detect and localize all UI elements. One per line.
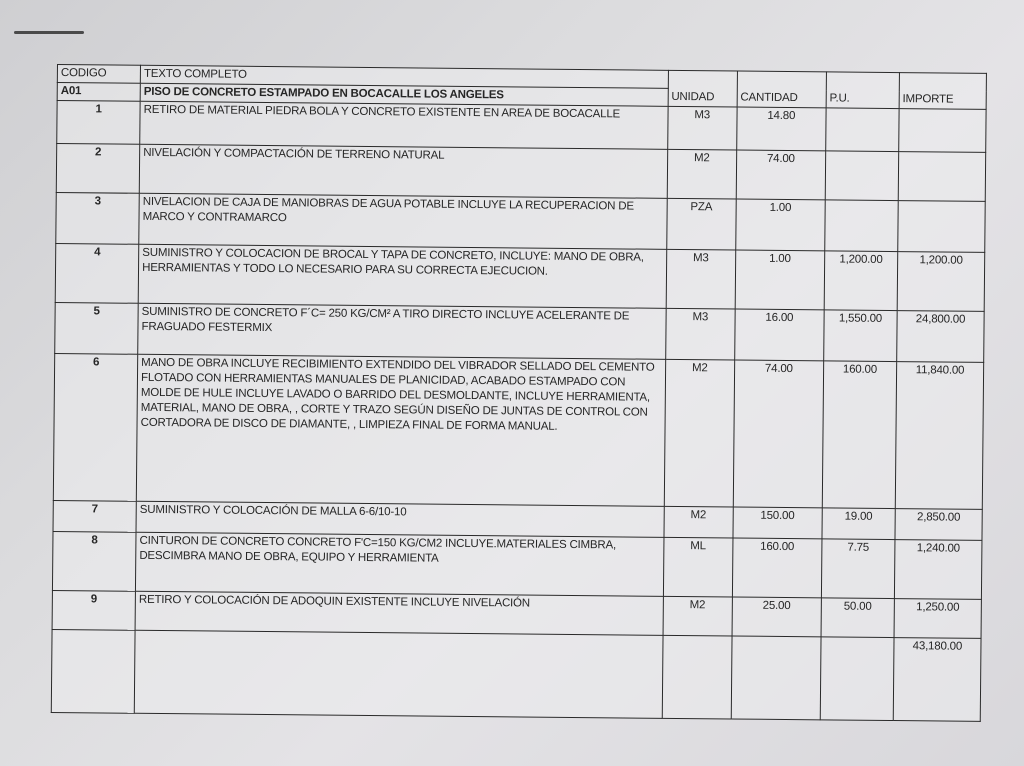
item-quantity: 16.00 — [734, 309, 824, 361]
item-amount: 1,240.00 — [894, 540, 982, 600]
item-amount — [898, 152, 986, 202]
total-empty-cell — [820, 637, 894, 721]
table-row: 4 SUMINISTRO Y COLOCACION DE BROCAL Y TA… — [55, 243, 985, 311]
total-empty-cell — [51, 629, 135, 713]
item-quantity: 74.00 — [736, 150, 826, 200]
item-amount: 24,800.00 — [897, 311, 985, 363]
item-quantity: 25.00 — [732, 597, 821, 637]
item-unit: PZA — [666, 198, 736, 250]
item-unit-price — [825, 200, 899, 252]
item-code: 9 — [52, 590, 135, 630]
header-unidad: UNIDAD — [668, 70, 737, 107]
item-unit: M2 — [663, 596, 732, 636]
item-amount — [898, 201, 986, 253]
item-quantity: 1.00 — [735, 250, 825, 310]
pen-mark — [14, 31, 84, 34]
item-description: MANO DE OBRA INCLUYE RECIBIMIENTO EXTEND… — [136, 354, 665, 506]
table-row: 8 CINTURON DE CONCRETO CONCRETO F'C=150 … — [52, 531, 982, 599]
header-cantidad: CANTIDAD — [737, 71, 826, 108]
item-unit: M3 — [667, 106, 736, 150]
item-description: RETIRO Y COLOCACIÓN DE ADOQUIN EXISTENTE… — [135, 591, 663, 635]
item-description: NIVELACION DE CAJA DE MANIOBRAS DE AGUA … — [139, 193, 667, 249]
item-unit-price: 160.00 — [822, 361, 896, 509]
item-code: 8 — [52, 531, 136, 591]
item-code: 2 — [56, 144, 140, 194]
budget-table: CODIGO TEXTO COMPLETO UNIDAD CANTIDAD P.… — [51, 64, 987, 722]
item-unit: M3 — [665, 308, 735, 360]
item-unit-price: 1,200.00 — [824, 251, 898, 311]
item-quantity: 150.00 — [733, 507, 822, 539]
item-quantity: 160.00 — [732, 538, 822, 598]
item-quantity: 1.00 — [735, 199, 825, 251]
item-unit-price: 19.00 — [822, 508, 895, 540]
item-description: SUMINISTRO DE CONCRETO F´C= 250 KG/CM² A… — [138, 303, 666, 359]
item-unit-price — [825, 108, 898, 152]
item-unit: M3 — [666, 249, 736, 309]
item-description: NIVELACIÓN Y COMPACTACIÓN DE TERRENO NAT… — [139, 144, 667, 198]
item-code: 1 — [57, 101, 140, 145]
item-amount — [899, 109, 987, 153]
item-amount: 2,850.00 — [895, 509, 982, 541]
item-unit: M2 — [664, 359, 734, 507]
item-amount: 1,200.00 — [897, 252, 985, 312]
item-description: RETIRO DE MATERIAL PIEDRA BOLA Y CONCRET… — [140, 101, 668, 149]
item-code: 7 — [53, 500, 136, 532]
item-unit-price: 50.00 — [821, 598, 894, 638]
total-empty-cell — [731, 636, 821, 720]
item-quantity: 14.80 — [736, 107, 826, 151]
item-description: CINTURON DE CONCRETO CONCRETO F'C=150 KG… — [136, 532, 664, 596]
table-row: 6 MANO DE OBRA INCLUYE RECIBIMIENTO EXTE… — [53, 353, 983, 509]
item-description: SUMINISTRO Y COLOCACION DE BROCAL Y TAPA… — [138, 244, 666, 308]
section-code: A01 — [57, 83, 140, 102]
item-code: 6 — [53, 353, 137, 501]
item-quantity: 74.00 — [733, 360, 824, 508]
item-code: 4 — [55, 243, 139, 303]
header-importe: IMPORTE — [899, 73, 986, 110]
table-row: 2 NIVELACIÓN Y COMPACTACIÓN DE TERRENO N… — [56, 144, 985, 202]
item-unit-price — [825, 151, 899, 201]
item-description: SUMINISTRO Y COLOCACIÓN DE MALLA 6-6/10-… — [136, 501, 664, 537]
item-unit: M2 — [664, 506, 733, 538]
total-empty-cell — [662, 635, 732, 719]
table-row: 5 SUMINISTRO DE CONCRETO F´C= 250 KG/CM²… — [55, 302, 984, 362]
header-codigo: CODIGO — [57, 65, 140, 84]
item-unit: M2 — [667, 149, 737, 199]
item-code: 3 — [56, 192, 140, 244]
item-amount: 1,250.00 — [894, 599, 981, 639]
header-pu: P.U. — [826, 72, 899, 109]
item-code: 5 — [55, 302, 139, 354]
total-amount: 43,180.00 — [893, 638, 981, 722]
total-row: 43,180.00 — [51, 629, 981, 721]
total-empty-cell — [134, 630, 662, 718]
item-unit-price: 1,550.00 — [823, 310, 897, 362]
table-row: 3 NIVELACION DE CAJA DE MANIOBRAS DE AGU… — [56, 192, 985, 252]
item-unit: ML — [663, 537, 733, 597]
item-unit-price: 7.75 — [821, 539, 895, 599]
item-amount: 11,840.00 — [895, 362, 984, 510]
budget-sheet: CODIGO TEXTO COMPLETO UNIDAD CANTIDAD P.… — [51, 64, 987, 722]
